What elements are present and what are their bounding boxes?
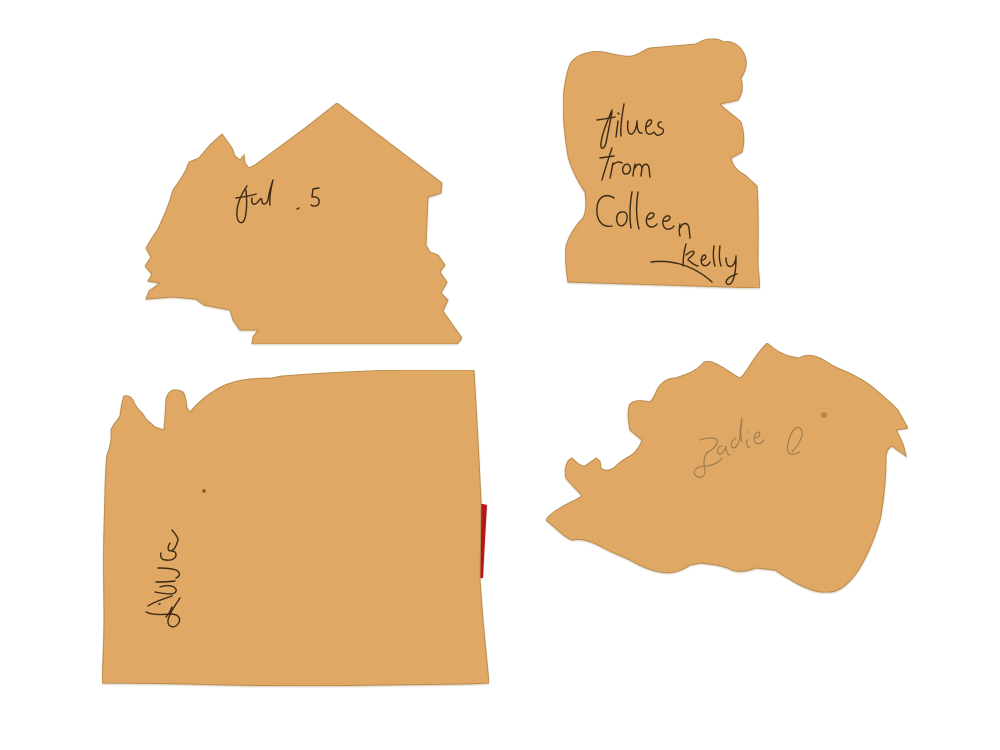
stain-spot (821, 412, 827, 418)
leafy-heart-cutout (546, 343, 908, 592)
house-cutout (145, 103, 462, 344)
cutouts-canvas (0, 0, 1000, 750)
building-cutout (102, 370, 489, 686)
photo-scene: Four vintage tan cardboard cutout silhou… (0, 0, 1000, 750)
speck (202, 489, 205, 492)
figure-cutout (563, 39, 760, 288)
